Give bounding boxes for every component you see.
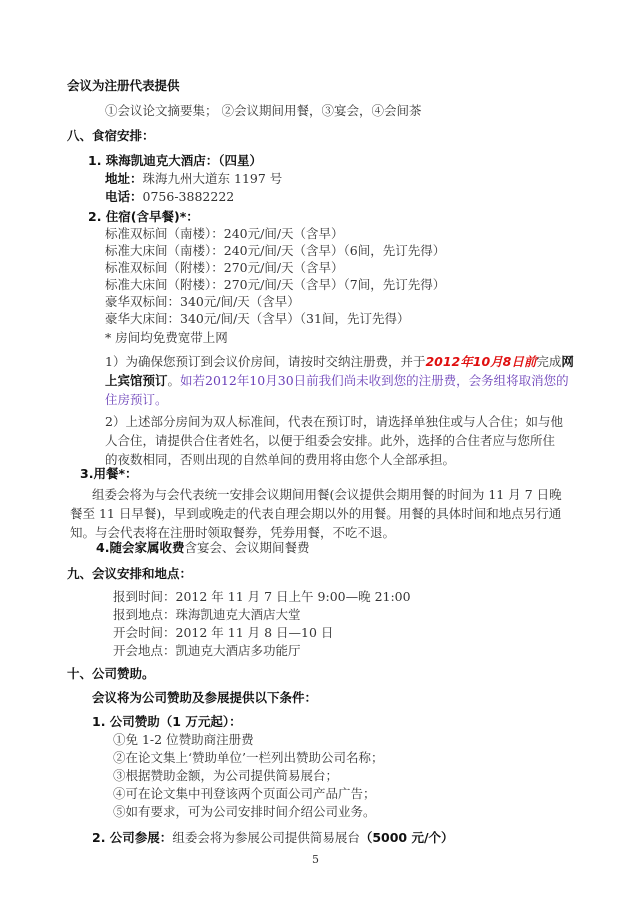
exhibit-value: 组委会将为参展公司提供简易展台 [172, 830, 360, 845]
family-fee-title: 4.随会家属收费 [96, 540, 184, 555]
sponsor-benefit: ④可在论文集中刊登该两个页面公司产品广告； [113, 786, 376, 802]
sponsor-benefit: ①免 1-2 位赞助商注册费 [113, 732, 254, 748]
room-rate: 豪华双标间：340元/间/天（含早） [105, 294, 300, 310]
room-rate: 标准双标间（南楼）：240元/间/天（含早） [105, 226, 344, 242]
room-rate: 标准双标间（附楼）：270元/间/天（含早） [105, 260, 344, 276]
lodging-title: 2. 住宿(含早餐)*： [88, 209, 199, 225]
sponsor-benefit: ⑤如有要求，可为公司安排时间介绍公司业务。 [113, 804, 376, 820]
section10-heading: 十、公司赞助。 [67, 666, 155, 682]
exhibit-title: 2. 公司参展： [92, 830, 172, 845]
sponsor-benefit: ③根据赞助金额，为公司提供简易展台； [113, 768, 338, 784]
registration-provides-heading: 会议为注册代表提供 [67, 78, 180, 94]
arrangement-row: 报到时间：2012 年 11 月 7 日上午 9:00—晚 21:00 [113, 589, 411, 605]
hotel-title: 1. 珠海凯迪克大酒店：（四星） [88, 153, 262, 169]
family-fee-value: 含宴会、会议期间餐费 [184, 540, 309, 555]
exhibit-price: （5000 元/个） [360, 830, 454, 845]
phone-label: 电话： [105, 189, 143, 204]
arrangement-row: 报到地点：珠海凯迪克大酒店大堂 [113, 607, 301, 623]
arrangement-row: 开会地点：凯迪克大酒店多功能厅 [113, 643, 301, 659]
arrangement-row: 开会时间：2012 年 11 月 8 日—10 日 [113, 625, 333, 641]
meals-text: 组委会将为与会代表统一安排会议期间用餐(会议提供会期用餐的时间为 11 月 7 … [70, 485, 565, 542]
online-booking: 上宾馆预订 [105, 373, 168, 388]
address-value: 珠海九州大道东 1197 号 [143, 171, 283, 186]
page-number: 5 [312, 853, 319, 866]
address-label: 地址： [105, 171, 143, 186]
cancellation-notice: 如若2012年10月30日前我们尚未收到您的注册费，会务组将取消您的 [180, 373, 569, 388]
exhibit-row: 2. 公司参展：组委会将为参展公司提供简易展台（5000 元/个） [92, 830, 454, 846]
hotel-address: 地址：珠海九州大道东 1197 号 [105, 171, 282, 187]
room-rate: 豪华大床间：340元/间/天（含早）（31间，先订先得） [105, 311, 409, 327]
meals-title: 3.用餐*： [80, 466, 137, 482]
phone-value: 0756-3882222 [143, 189, 235, 204]
booking-notice: 1）为确保您预订到会议价房间，请按时交纳注册费，并于2012年10月8日前完成网… [105, 352, 560, 409]
shared-room-notice: 2）上述部分房间为双人标准间，代表在预订时，请选择单独住或与人合住；如与他 人合… [105, 412, 560, 469]
sponsor-benefit: ②在论文集上‘赞助单位’一栏列出赞助公司名称； [113, 750, 383, 766]
section8-heading: 八、食宿安排： [67, 128, 155, 144]
family-fee: 4.随会家属收费含宴会、会议期间餐费 [96, 540, 309, 556]
booking-deadline: 2012年10月8日前 [425, 354, 536, 369]
section9-heading: 九、会议安排和地点： [67, 566, 192, 582]
broadband-note: * 房间均免费宽带上网 [105, 330, 228, 346]
room-rate: 标准大床间（附楼）：270元/间/天（含早）（7间，先订先得） [105, 277, 445, 293]
registration-provides-items: ①会议论文摘要集； ②会议期间用餐，③宴会，④会间茶 [105, 103, 421, 119]
room-rate: 标准大床间（南楼）：240元/间/天（含早）（6间，先订先得） [105, 243, 445, 259]
sponsor-title: 1. 公司赞助（1 万元起）： [92, 714, 242, 730]
hotel-phone: 电话：0756-3882222 [105, 189, 234, 205]
sponsorship-intro: 会议将为公司赞助及参展提供以下条件： [92, 690, 317, 706]
